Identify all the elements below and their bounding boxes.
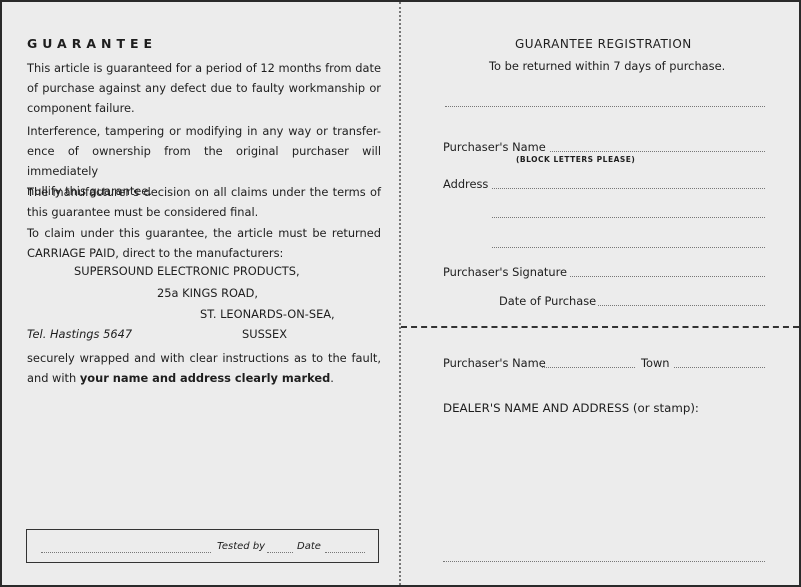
tested-by-box: Tested by Date (26, 529, 379, 563)
tested-by-label: Tested by (217, 541, 265, 552)
stub-purchaser-name-label: Purchaser's Name (443, 356, 546, 370)
registration-subtitle: To be returned within 7 days of purchase… (489, 59, 725, 73)
block-letters-note: (BLOCK LETTERS PLEASE) (516, 155, 635, 164)
stub-town-field[interactable] (674, 357, 765, 368)
guarantee-title: GUARANTEE (27, 36, 157, 51)
purchaser-name-label: Purchaser's Name (443, 140, 546, 154)
dealer-address-field[interactable] (443, 551, 765, 562)
address-field-1[interactable] (492, 178, 765, 189)
dealer-stamp-area[interactable] (443, 422, 765, 552)
tested-date-field[interactable] (325, 542, 365, 553)
company-street: 25a KINGS ROAD, (157, 286, 258, 300)
date-of-purchase-field[interactable] (598, 295, 765, 306)
dealer-label: DEALER'S NAME AND ADDRESS (or stamp): (443, 401, 699, 415)
tested-by-field[interactable] (267, 542, 293, 553)
guarantee-period-paragraph: This article is guaranteed for a period … (27, 58, 381, 118)
company-town: ST. LEONARDS-ON-SEA, (200, 307, 335, 321)
cut-line (401, 326, 799, 328)
signature-field[interactable] (570, 266, 765, 277)
model-number-field[interactable] (41, 542, 211, 553)
company-name: SUPERSOUND ELECTRONIC PRODUCTS, (74, 264, 300, 278)
address-field-2[interactable] (492, 207, 765, 218)
registration-title: GUARANTEE REGISTRATION (515, 37, 692, 51)
date-label: Date (297, 541, 321, 552)
company-telephone: Tel. Hastings 5647 (27, 327, 132, 341)
address-label: Address (443, 177, 488, 191)
decision-paragraph: The manufacturer's decision on all claim… (27, 182, 381, 222)
purchaser-name-field[interactable] (550, 141, 765, 152)
claim-paragraph: To claim under this guarantee, the artic… (27, 223, 381, 263)
address-field-3[interactable] (492, 237, 765, 248)
date-of-purchase-label: Date of Purchase (499, 294, 596, 308)
company-county: SUSSEX (242, 327, 287, 341)
guarantee-card: GUARANTEE This article is guaranteed for… (0, 0, 801, 587)
model-serial-field[interactable] (445, 96, 765, 107)
name-address-emphasis: your name and address clearly marked (80, 371, 330, 385)
return-instructions-paragraph: securely wrapped and with clear instruct… (27, 348, 381, 388)
perforation-line (399, 2, 401, 585)
stub-purchaser-name-field[interactable] (542, 357, 635, 368)
stub-town-label: Town (641, 356, 670, 370)
signature-label: Purchaser's Signature (443, 265, 567, 279)
